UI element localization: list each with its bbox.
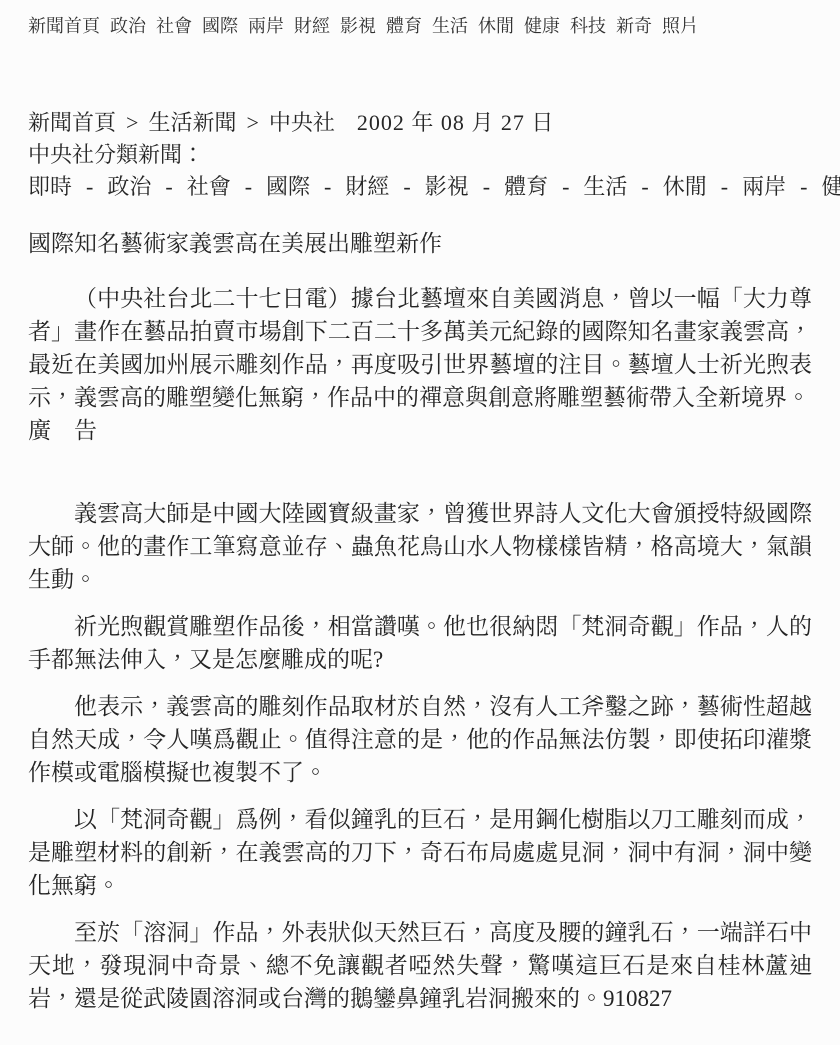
breadcrumb-item-1[interactable]: 新聞首頁 [28, 110, 116, 135]
category-item-2[interactable]: -政治 [86, 174, 151, 199]
breadcrumb: 新聞首頁>生活新聞>中央社2002 年 08 月 27 日 [28, 106, 812, 139]
nav-item-1[interactable]: 新聞首頁 [28, 14, 100, 38]
article-paragraph-3: 祈光煦觀賞雕塑作品後，相當讚嘆。他也很納悶「梵洞奇觀」作品，人的手都無法伸入，又… [28, 610, 812, 676]
nav-item-3[interactable]: 社會 [156, 14, 192, 38]
category-prefix: 中央社分類新聞： [28, 142, 204, 167]
ad-label: 廣 告 [28, 414, 812, 447]
nav-item-6[interactable]: 財經 [294, 14, 330, 38]
category-item-7[interactable]: -體育 [483, 174, 548, 199]
nav-item-12[interactable]: 科技 [570, 14, 606, 38]
scanned-news-page: 新聞首頁政治社會國際兩岸財經影視體育生活休閒健康科技新奇照片 新聞首頁>生活新聞… [0, 0, 840, 1015]
breadcrumb-item-2[interactable]: 生活新聞 [148, 110, 236, 135]
category-separator: - [641, 174, 648, 199]
nav-item-11[interactable]: 健康 [524, 14, 560, 38]
category-item-3[interactable]: -社會 [165, 174, 230, 199]
category-item-4[interactable]: -國際 [245, 174, 310, 199]
category-separator: - [245, 174, 252, 199]
category-item-6[interactable]: -影視 [403, 174, 468, 199]
category-separator: - [324, 174, 331, 199]
ad-empty-space [28, 447, 812, 483]
category-separator: - [562, 174, 569, 199]
breadcrumb-item-3[interactable]: 中央社 [269, 110, 335, 135]
category-item-8[interactable]: -生活 [562, 174, 627, 199]
nav-item-7[interactable]: 影視 [340, 14, 376, 38]
category-separator: - [483, 174, 490, 199]
article-paragraph-6: 至於「溶洞」作品，外表狀似天然巨石，高度及腰的鐘乳石，一端詳石中天地，發現洞中奇… [28, 916, 812, 1015]
category-item-1[interactable]: 即時 [28, 174, 72, 199]
article-body: （中央社台北二十七日電）據台北藝壇來自美國消息，曾以一幅「大力尊者」畫作在藝品拍… [28, 282, 812, 1015]
nav-item-13[interactable]: 新奇 [616, 14, 652, 38]
article-title: 國際知名藝術家義雲高在美展出雕塑新作 [28, 227, 812, 260]
nav-item-5[interactable]: 兩岸 [248, 14, 284, 38]
category-item-5[interactable]: -財經 [324, 174, 389, 199]
category-nav: 中央社分類新聞：即時-政治-社會-國際-財經-影視-體育-生活-休閒-兩岸-健康 [28, 139, 812, 203]
article-paragraph-5: 以「梵洞奇觀」爲例，看似鐘乳的巨石，是用鋼化樹脂以刀工雕刻而成，是雕塑材料的創新… [28, 803, 812, 902]
category-item-11[interactable]: -健康 [800, 174, 840, 199]
article-date: 2002 年 08 月 27 日 [357, 110, 555, 135]
nav-item-14[interactable]: 照片 [662, 14, 698, 38]
nav-item-2[interactable]: 政治 [110, 14, 146, 38]
nav-item-4[interactable]: 國際 [202, 14, 238, 38]
nav-item-9[interactable]: 生活 [432, 14, 468, 38]
nav-item-10[interactable]: 休閒 [478, 14, 514, 38]
category-separator: - [800, 174, 807, 199]
category-separator: - [403, 174, 410, 199]
nav-item-8[interactable]: 體育 [386, 14, 422, 38]
category-item-9[interactable]: -休閒 [641, 174, 706, 199]
category-separator: - [165, 174, 172, 199]
category-separator: - [721, 174, 728, 199]
top-nav: 新聞首頁政治社會國際兩岸財經影視體育生活休閒健康科技新奇照片 [28, 14, 812, 38]
category-item-10[interactable]: -兩岸 [721, 174, 786, 199]
category-separator: - [86, 174, 93, 199]
breadcrumb-separator: > [246, 110, 258, 135]
breadcrumb-separator: > [126, 110, 138, 135]
article-paragraph-4: 他表示，義雲高的雕刻作品取材於自然，沒有人工斧鑿之跡，藝術性超越自然天成，令人嘆… [28, 690, 812, 789]
article-paragraph-2: 義雲高大師是中國大陸國寶級畫家，曾獲世界詩人文化大會頒授特級國際大師。他的畫作工… [28, 497, 812, 596]
article-paragraph-1: （中央社台北二十七日電）據台北藝壇來自美國消息，曾以一幅「大力尊者」畫作在藝品拍… [28, 282, 812, 414]
